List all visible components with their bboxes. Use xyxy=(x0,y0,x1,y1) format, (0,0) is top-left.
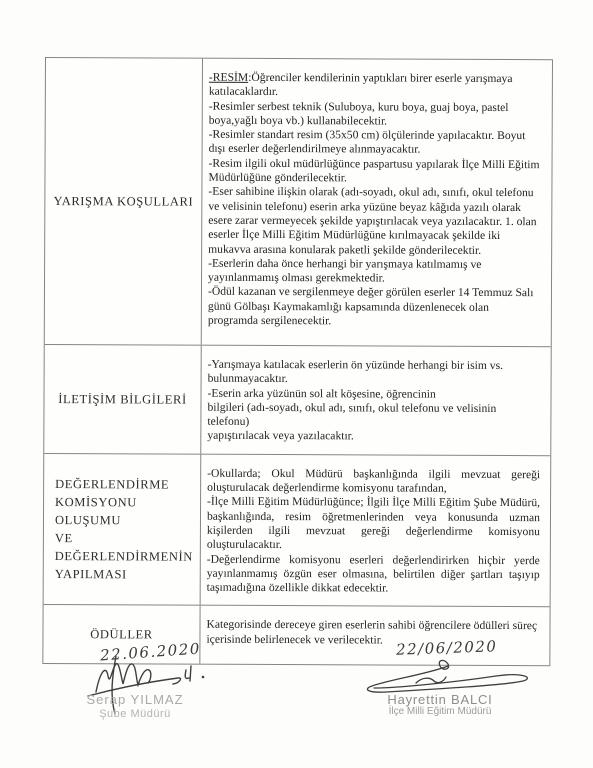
table-row: İLETİŞİM BİLGİLERİ -Yarışmaya katılacak … xyxy=(44,345,550,456)
paragraph: -Eserlerin daha önce herhangi bir yarışm… xyxy=(208,257,541,287)
table-row: YARIŞMA KOŞULLARI -RESİM:Öğrenciler kend… xyxy=(45,58,552,347)
paragraph: -Okullarda; Okul Müdürü başkanlığında il… xyxy=(207,466,540,496)
signature-title-left: Şube Müdürü xyxy=(60,708,210,720)
paragraph: yapıştırılacak veya yazılacaktır. xyxy=(207,429,540,445)
paragraph: -Yarışmaya katılacak eserlerin ön yüzünd… xyxy=(208,358,541,388)
row-label-degerlendirme: DEĞERLENDİRME KOMİSYONU OLUŞUMU VE DEĞER… xyxy=(44,454,202,605)
signature-name-left: Serap YILMAZ xyxy=(60,692,210,707)
resim-lead-rest: :Öğrenciler kendilerinin yaptıkları bire… xyxy=(209,71,513,98)
resim-lead-underlined: -RESİM xyxy=(209,71,248,84)
paragraph: -Eserin arka yüzünün sol alt köşesine, ö… xyxy=(208,386,541,402)
paragraph: -Ödül kazanan ve sergilenmeye değer görü… xyxy=(208,285,541,329)
paragraph: -RESİM:Öğrenciler kendilerinin yaptıklar… xyxy=(209,71,542,101)
paragraph: bilgileri (adı-soyadı, okul adı, sınıfı,… xyxy=(207,401,540,431)
paragraph-list: -Okullarda; Okul Müdürü başkanlığında il… xyxy=(207,466,541,596)
signature-name-right: Hayrettin BALCI xyxy=(360,692,520,707)
row-body-degerlendirme: -Okullarda; Okul Müdürü başkanlığında il… xyxy=(201,454,551,606)
row-label-yarisma-kosullari: YARIŞMA KOŞULLARI xyxy=(45,58,203,345)
rules-table: YARIŞMA KOŞULLARI -RESİM:Öğrenciler kend… xyxy=(42,57,553,667)
row-body-iletisim-bilgileri: -Yarışmaya katılacak eserlerin ön yüzünd… xyxy=(201,346,550,455)
scanned-document-page: YARIŞMA KOŞULLARI -RESİM:Öğrenciler kend… xyxy=(0,0,593,768)
paragraph: -Resimler standart resim (35x50 cm) ölçü… xyxy=(209,128,542,158)
paragraph: -Resimler serbest teknik (Suluboya, kuru… xyxy=(209,99,542,129)
paragraph: -İlçe Milli Eğitim Müdürlüğünce; İlgili … xyxy=(207,495,540,554)
row-body-yarisma-kosullari: -RESİM:Öğrenciler kendilerinin yaptıklar… xyxy=(202,59,552,347)
paragraph: -Değerlendirme komisyonu eserleri değerl… xyxy=(207,552,540,596)
paragraph-list: -Resimler serbest teknik (Suluboya, kuru… xyxy=(208,99,542,329)
paragraph: -Resim ilgili okul müdürlüğünce paspartu… xyxy=(208,156,541,186)
table-row: DEĞERLENDİRME KOMİSYONU OLUŞUMU VE DEĞER… xyxy=(44,454,551,608)
signature-title-right: İlçe Milli Eğitim Müdürü xyxy=(360,706,520,717)
paragraph: -Eser sahibine ilişkin olarak (adı-soyad… xyxy=(208,185,541,258)
row-label-iletisim-bilgileri: İLETİŞİM BİLGİLERİ xyxy=(44,345,201,453)
paragraph-list: -Yarışmaya katılacak eserlerin ön yüzünd… xyxy=(207,358,540,445)
